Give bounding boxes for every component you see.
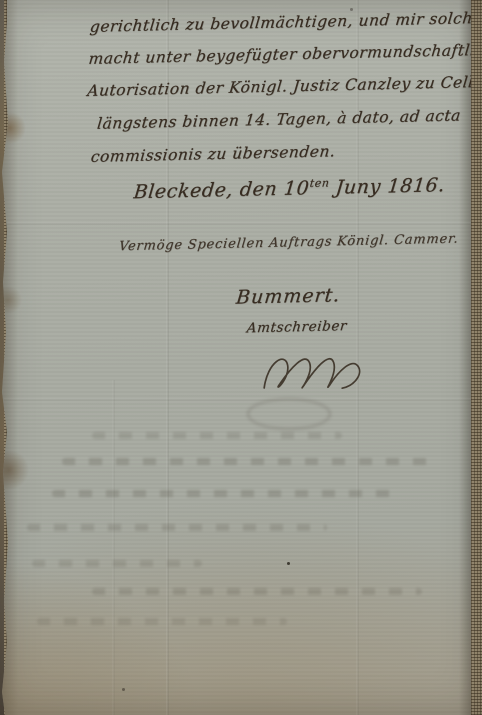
- bleedthrough-line: [62, 458, 432, 465]
- text-line: commissionis zu übersenden.: [90, 142, 336, 166]
- bleedthrough-line: [32, 560, 202, 567]
- text-line: längstens binnen 14. Tagen, à dato, ad a…: [96, 106, 462, 132]
- text-line: macht unter beygefügter obervormundschaf…: [88, 40, 482, 68]
- signature-title: Amtschreiber: [246, 318, 348, 336]
- signature-flourish: [257, 341, 378, 402]
- handwritten-text-block: gerichtlich zu bevollmächtigen, und mir …: [1, 0, 480, 422]
- bleedthrough-line: [37, 618, 287, 625]
- paper-sheet: gerichtlich zu bevollmächtigen, und mir …: [2, 0, 471, 715]
- vertical-fold-crease: [112, 380, 115, 715]
- signature-name: Bummert.: [235, 284, 341, 308]
- photo-left-dark-edge: [0, 0, 4, 715]
- bleedthrough-line: [92, 432, 342, 439]
- bleedthrough-line: [27, 524, 327, 531]
- attestation-line: Vermöge Speciellen Auftrags Königl. Camm…: [118, 231, 459, 254]
- manuscript-photo: gerichtlich zu bevollmächtigen, und mir …: [0, 0, 482, 715]
- text-line: gerichtlich zu bevollmächtigen, und mir …: [89, 8, 482, 36]
- text-line: Autorisation der Königl. Justiz Canzley …: [86, 73, 482, 100]
- dateline-place: Bleckede,: [133, 179, 235, 203]
- ink-speck: [122, 688, 125, 691]
- dateline: Bleckede, den 10ten Juny 1816.: [133, 174, 447, 203]
- ink-speck: [287, 562, 290, 565]
- bleedthrough-line: [92, 588, 422, 595]
- bleedthrough-line: [52, 490, 402, 497]
